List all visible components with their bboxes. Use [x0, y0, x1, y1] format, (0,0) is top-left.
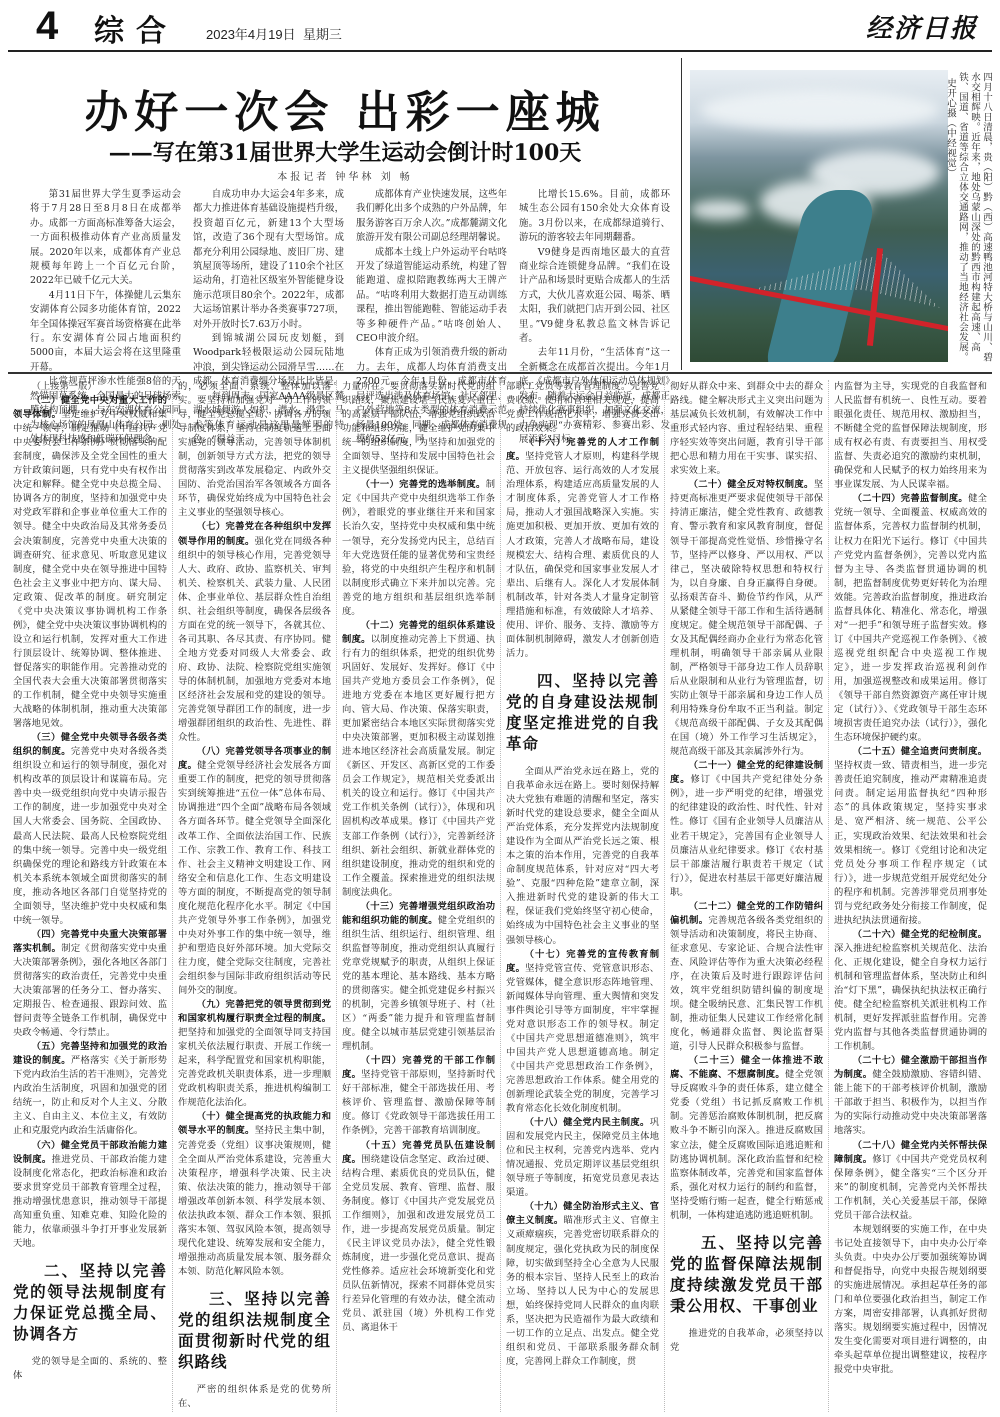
section-divider [8, 372, 992, 374]
paragraph: 严密的组织体系是党的优势所在、 [178, 1383, 331, 1411]
article-column: （上接第一版）（二）健全党中央对重大工作的领导体制。坚定维护党中央权威和集中统一… [8, 380, 172, 1412]
paragraph: （七）完善党在各种组织中发挥领导作用的制度。强化党在同级各种组织中的领导核心作用… [178, 520, 331, 745]
section-name: 综合 [94, 6, 178, 50]
paragraph: 彻好从群众中来、到群众中去的群众路线。健全解决形式主义突出问题为基层减负长效机制… [670, 380, 823, 478]
main-article-columns: （上接第一版）（二）健全党中央对重大工作的领导体制。坚定维护党中央权威和集中统一… [8, 380, 992, 1412]
paragraph-text: 瞄准形式主义、官僚主义顽瘴痼疾，完善党密切联系群众的制度规定，强化党执政为民的制… [506, 1215, 659, 1366]
paragraph: 内监督为主导，实现党的自我监督和人民监督有机统一、良性互动。要着眼强化责任、规范… [834, 380, 987, 492]
paragraph-text: 坚定维护党中央权威和集中统一领导，制定推动《中国共产党中央委员会工作条例》贯彻落… [13, 409, 167, 729]
paragraph: 比增长15.6%。目前，成都环城生态公园有150余处大众体育设施。3月份以来，在… [519, 188, 670, 246]
paragraph: 的，必须全面、系统、整体加以落实。要坚持和加强党对一切工作的领导，健全党总揽全局… [178, 380, 331, 520]
paragraph-text: 坚持党管人才原则，构建科学规范、开放包容、运行高效的人才发展治理体系，构建适应高… [506, 451, 659, 659]
paragraph: （十六）完善党的人才工作制度。坚持党管人才原则，构建科学规范、开放包容、运行高效… [506, 436, 659, 661]
subheadline: ——写在第31届世界大学生运动会倒计时100天 [8, 136, 682, 167]
feature-columns: 第31届世界大学生夏季运动会将于7月28日至8月8日在成都举办。成都一方面高标准… [30, 188, 670, 368]
paragraph-text: 修订《中国共产党纪律处分条例》，进一步严明党的纪律，增强党的纪律建设的政治性、时… [670, 774, 823, 897]
paragraph: V9健身是西南地区最大的直营商业综合连锁健身品牌。“我们在设计产品和场景时更贴合… [519, 246, 670, 347]
paragraph-text: 坚持党管干部原则，坚持新时代好干部标准，健全干部选拔任用、考核评价、管理监督、激… [342, 1069, 495, 1136]
article-column: 部职工党员等教育管理制度。完善党费收缴、使用和管理相关规定，提高党费工作规范化水… [500, 380, 664, 1412]
paragraph: （十二）完善党的组织体系建设制度。以制度推动完善上下贯通、执行有力的组织体系，把… [342, 619, 495, 900]
paragraph: （二十四）完善监督制度。健全党统一领导、全面覆盖、权威高效的监督体系，完善权力监… [834, 492, 987, 745]
feature-article: 办好一次会 出彩一座城 ——写在第31届世界大学生运动会倒计时100天 本报记者… [8, 58, 682, 370]
paragraph: 本规划纲要的实施工作，在中央书记处直接领导下，由中央办公厅牵头负责。中央办公厅要… [834, 1223, 987, 1378]
paragraph-text: 坚持权责一致、错责相当，进一步完善责任追究制度，推动严肃精准追责问责。制定运用监… [834, 760, 987, 926]
paragraph-text: 推进党员、干部政治能力建设制度化常态化，把政治标准和政治要求贯穿党员干部教育管理… [13, 1154, 167, 1249]
paragraph: 自成功申办大运会4年多来，成都大力推进体育基础设施提档升级，投资超百亿元，新建1… [193, 188, 344, 332]
photo-caption: 四月十八日清晨，贵（阳）黔（西）高速鸭池河特大桥与山川、碧水交相辉映。近年来，地… [956, 72, 992, 364]
article-column: 内监督为主导，实现党的自我监督和人民监督有机统一、良性互动。要着眼强化责任、规范… [828, 380, 992, 1412]
paragraph: （十一）完善党的选举制度。制定《中国共产党中央组织选举工作条例》，着眼党的事业继… [342, 478, 495, 618]
paragraph: （二十五）健全追责问责制度。坚持权责一致、错责相当，进一步完善责任追究制度，推动… [834, 745, 987, 928]
paragraph-text: 严密的组织体系是党的优势所在、 [178, 1384, 331, 1409]
photo-credit: 史开心摄（中经视觉） [944, 78, 956, 364]
caption-text: 四月十八日清晨，贵（阳）黔（西）高速鸭池河特大桥与山川、碧水交相辉映。近年来，地… [957, 72, 992, 362]
paragraph-text: 健全党领导反腐败斗争的责任体系，建立健全党委（党组）书记抓反腐败工作机制。完善惩… [670, 1069, 823, 1220]
newspaper-logo: 经济日报 [866, 8, 978, 45]
paragraph-text: 坚持党管宣传、党管意识形态、党管媒体，健全意识形态阵地管理、新闻媒体导向管理、重… [506, 963, 659, 1114]
paragraph-text: 的，必须全面、系统、整体加以落实。要坚持和加强党对一切工作的领导，健全党总揽全局… [178, 381, 331, 518]
clause-heading: （二十五）健全追责问责制度。 [853, 746, 987, 757]
paragraph-text: 全面从严治党永远在路上，党的自我革命永远在路上。要时刻保持解决大党独有难题的清醒… [506, 766, 659, 946]
paragraph-text: 巩固和发展党内民主，保障党员主体地位和民主权利，完善党内选举、党内情况通报、党员… [506, 1117, 659, 1198]
section-heading: 二、坚持以完善党的领导法规制度有力保证党总揽全局、协调各方 [13, 1261, 167, 1345]
issue-date: 2023年4月19日 星期三 [206, 24, 342, 43]
paragraph-text: 彻好从群众中来、到群众中去的群众路线。健全解决形式主义突出问题为基层减负长效机制… [670, 381, 823, 476]
paragraph: （五）完善坚持和加强党的政治建设的制度。严格落实《关于新形势下党内政治生活的若干… [13, 1040, 167, 1138]
paragraph: 党的领导是全面的、系统的、整体 [13, 1355, 167, 1383]
paragraph-text: 推进党的自我革命，必须坚持以党 [670, 1328, 823, 1353]
paragraph: （十五）完善党员队伍建设制度。围绕建设信念坚定、政治过硬、结构合理、素质优良的党… [342, 1139, 495, 1336]
paragraph: 推进党的自我革命，必须坚持以党 [670, 1327, 823, 1355]
paragraph-text: 制定《中国共产党中央组织选举工作条例》，着眼党的事业继往开来和国家长治久安，坚持… [342, 479, 495, 616]
paragraph-text: （上接第一版） [32, 381, 97, 392]
paragraph: （十七）完善党的宣传教育制度。坚持党管宣传、党管意识形态、党管媒体，健全意识形态… [506, 948, 659, 1117]
paragraph-text: 严格落实《关于新形势下党内政治生活的若干准则》，完善党内政治生活制度，巩固和加强… [13, 1055, 167, 1136]
weekday: 星期三 [303, 27, 342, 42]
paragraph-text: 强化党在同级各种组织中的领导核心作用，完善党领导人大、政府、政协、监察机关、审判… [178, 536, 331, 744]
paragraph-text: 完善规范各级各类党组织的领导活动和决策制度，将民主协商、征求意见、专家论证、合规… [670, 915, 823, 1052]
news-photo-block: 四月十八日清晨，贵（阳）黔（西）高速鸭池河特大桥与山川、碧水交相辉映。近年来，地… [690, 58, 992, 370]
paragraph-text: 部职工党员等教育管理制度。完善党费收缴、使用和管理相关规定，提高党费工作规范化水… [506, 381, 659, 434]
feature-column: 自成功申办大运会4年多来，成都大力推进体育基础设施提档升级，投资超百亿元，新建1… [193, 188, 344, 368]
continuation-note: （上接第一版） [13, 380, 167, 394]
headline: 办好一次会 出彩一座城 [8, 76, 682, 140]
paragraph: 成都体育产业快速发展，这些年我们孵化出多个成熟的户外品牌，年服务游客百万余人次。… [356, 188, 507, 246]
clause-heading: （十一）完善党的选举制度。 [361, 479, 486, 490]
paragraph-text: 党的领导是全面的、系统的、整体 [13, 1356, 167, 1381]
paragraph: （四）完善党中央重大决策部署落实机制。制定《贯彻落实党中央重大决策部署条例》，强… [13, 928, 167, 1040]
paragraph-text: 本规划纲要的实施工作，在中央书记处直接领导下，由中央办公厅牵头负责。中央办公厅要… [834, 1224, 987, 1375]
paragraph: （二十八）健全党内关怀帮扶保障制度。修订《中国共产党党员权利保障条例》，健全落实… [834, 1139, 987, 1223]
paragraph: （八）完善党领导各项事业的制度。健全党领导经济社会发展各方面重要工作的制度，把党… [178, 745, 331, 998]
article-column: 彻好从群众中来、到群众中去的群众路线。健全解决形式主义突出问题为基层减负长效机制… [664, 380, 828, 1412]
paragraph-text: 健全党统一领导、全面覆盖、权威高效的监督体系，完善权力监督制约机制，让权力在阳光… [834, 493, 987, 743]
feature-column: 成都体育产业快速发展，这些年我们孵化出多个成熟的户外品牌，年服务游客百万余人次。… [356, 188, 507, 368]
section-heading: 五、坚持以完善党的监督保障法规制度持续激发党员干部秉公用权、干事创业 [670, 1233, 823, 1317]
paragraph-text: 坚持民主集中制，完善党委（党组）议事决策规则，健全全面从严治党体系建设，完善重大… [178, 1125, 331, 1276]
article-column: 的，必须全面、系统、整体加以落实。要坚持和加强党对一切工作的领导，健全党总揽全局… [172, 380, 336, 1412]
paragraph: （二十三）健全一体推进不敢腐、不能腐、不想腐制度。健全党领导反腐败斗争的责任体系… [670, 1054, 823, 1223]
paragraph: （二十六）健全党的纪检制度。深入推进纪检监察机关规范化、法治化、正规化建设，健全… [834, 928, 987, 1054]
paragraph-text: 坚持更高标准更严要求促使领导干部保持清正廉洁，健全党性教育、政德教育、警示教育和… [670, 479, 823, 757]
paragraph: （二十七）健全激励干部担当作为制度。健全鼓励激励、容错纠错、能上能下的干部考核评… [834, 1054, 987, 1138]
feature-column: 第31届世界大学生夏季运动会将于7月28日至8月8日在成都举办。成都一方面高标准… [30, 188, 181, 368]
bridge-photo [690, 70, 948, 362]
page-masthead: 4 综合 2023年4月19日 星期三 经济日报 [8, 0, 992, 52]
paragraph: 4月11日下午，体操健儿云集东安湖体育公园多功能体育馆，2022年全国体操冠军赛… [30, 289, 181, 375]
paragraph-text: 健全党组织的组织生活、组织运行、组织管理、组织监督等制度，推动党组织认真履行党章… [342, 915, 495, 1052]
clause-heading: （二十四）完善监督制度。 [853, 493, 968, 504]
paragraph: （十四）完善党的干部工作制度。坚持党管干部原则，坚持新时代好干部标准，健全干部选… [342, 1054, 495, 1138]
paragraph-text: 围绕建设信念坚定、政治过硬、结构合理、素质优良的党员队伍，健全党员发展、教育、管… [342, 1154, 495, 1334]
byline: 本报记者 钟华林 刘 畅 [8, 168, 682, 183]
paragraph: （九）完善把党的领导贯彻到党和国家机构履行职责全过程的制度。把坚持和加强党的全面… [178, 998, 331, 1110]
clause-heading: （二十六）健全党的纪检制度。 [853, 929, 987, 940]
feature-column: 比增长15.6%。目前，成都环城生态公园有150余处大众体育设施。3月份以来，在… [519, 188, 670, 368]
paragraph: （二十一）健全党的纪律建设制度。修订《中国共产党纪律处分条例》，进一步严明党的纪… [670, 759, 823, 899]
clause-heading: （十八）健全党内民主制度。 [525, 1117, 650, 1128]
paragraph: （十三）完善增强党组织政治功能和组织功能的制度。健全党组织的组织生活、组织运行、… [342, 900, 495, 1055]
article-column: 力量所在。要贯彻落实新时代党的组织路线，聚焦建设堪当民族复兴重任的高素质干部队伍… [336, 380, 500, 1412]
paragraph: 第31届世界大学生夏季运动会将于7月28日至8月8日在成都举办。成都一方面高标准… [30, 188, 181, 289]
paragraph: 全面从严治党永远在路上，党的自我革命永远在路上。要时刻保持解决大党独有难题的清醒… [506, 765, 659, 948]
paragraph: 力量所在。要贯彻落实新时代党的组织路线，聚焦建设堪当民族复兴重任的高素质干部队伍… [342, 380, 495, 478]
section-heading: 三、坚持以完善党的组织法规制度全面贯彻新时代党的组织路线 [178, 1289, 331, 1373]
paragraph: 部职工党员等教育管理制度。完善党费收缴、使用和管理相关规定，提高党费工作规范化水… [506, 380, 659, 436]
paragraph: 成都本土线上户外运动平台咕咚开发了绿道智能运动系统，构建了智能跑道、虚拟陪跑教练… [356, 246, 507, 347]
paragraph-text: 把坚持和加强党的全面领导同支持国家机关依法履行职责、开展工作统一起来，科学配置党… [178, 1027, 331, 1108]
date: 2023年4月19日 [206, 27, 296, 42]
paragraph-text: 完善党中央对各级各类组织设立和运行的领导制度，强化对机构改革的顶层设计和谋篇布局… [13, 746, 167, 926]
paragraph-text: 制定《贯彻落实党中央重大决策部署条例》，强化各地区各部门贯彻落实的政治责任，完善… [13, 943, 167, 1038]
section-heading: 四、坚持以完善党的自身建设法规制度坚定推进党的自我革命 [506, 671, 659, 755]
paragraph: （十九）健全防治形式主义、官僚主义制度。瞄准形式主义、官僚主义顽瘴痼疾，完善党密… [506, 1200, 659, 1369]
paragraph: （二）健全党中央对重大工作的领导体制。坚定维护党中央权威和集中统一领导，制定推动… [13, 394, 167, 731]
paragraph: （十）健全提高党的执政能力和领导水平的制度。坚持民主集中制，完善党委（党组）议事… [178, 1110, 331, 1279]
clause-heading: （九）完善把党的领导贯彻到党和国家机构履行职责全过程的制度。 [178, 999, 331, 1024]
paragraph-text: 力量所在。要贯彻落实新时代党的组织路线，聚焦建设堪当民族复兴重任的高素质干部队伍… [342, 381, 495, 476]
paragraph: （二十）健全反对特权制度。坚持更高标准更严要求促使领导干部保持清正廉洁，健全党性… [670, 478, 823, 759]
paragraph: （十八）健全党内民主制度。巩固和发展党内民主，保障党员主体地位和民主权利，完善党… [506, 1116, 659, 1200]
paragraph: （六）健全党员干部政治能力建设制度。推进党员、干部政治能力建设制度化常态化，把政… [13, 1139, 167, 1251]
paragraph-text: 以制度推动完善上下贯通、执行有力的组织体系，把党的组织优势巩固好、发展好、发挥好… [342, 634, 495, 898]
paragraph-text: 健全党领导经济社会发展各方面重要工作的制度，把党的领导贯彻落实到统筹推进“五位一… [178, 760, 331, 996]
paragraph: （二十二）健全党的工作防错纠偏机制。完善规范各级各类党组织的领导活动和决策制度，… [670, 900, 823, 1055]
paragraph: （三）健全党中央领导各级各类组织的制度。完善党中央对各级各类组织设立和运行的领导… [13, 731, 167, 928]
paragraph-text: 内监督为主导，实现党的自我监督和人民监督有机统一、良性互动。要着眼强化责任、规范… [834, 381, 987, 490]
clause-heading: （二十）健全反对特权制度。 [689, 479, 814, 490]
paragraph-text: 深入推进纪检监察机关规范化、法治化、正规化建设，健全自身权力运行机制和管理监督体… [834, 943, 987, 1052]
page-number: 4 [36, 4, 58, 48]
